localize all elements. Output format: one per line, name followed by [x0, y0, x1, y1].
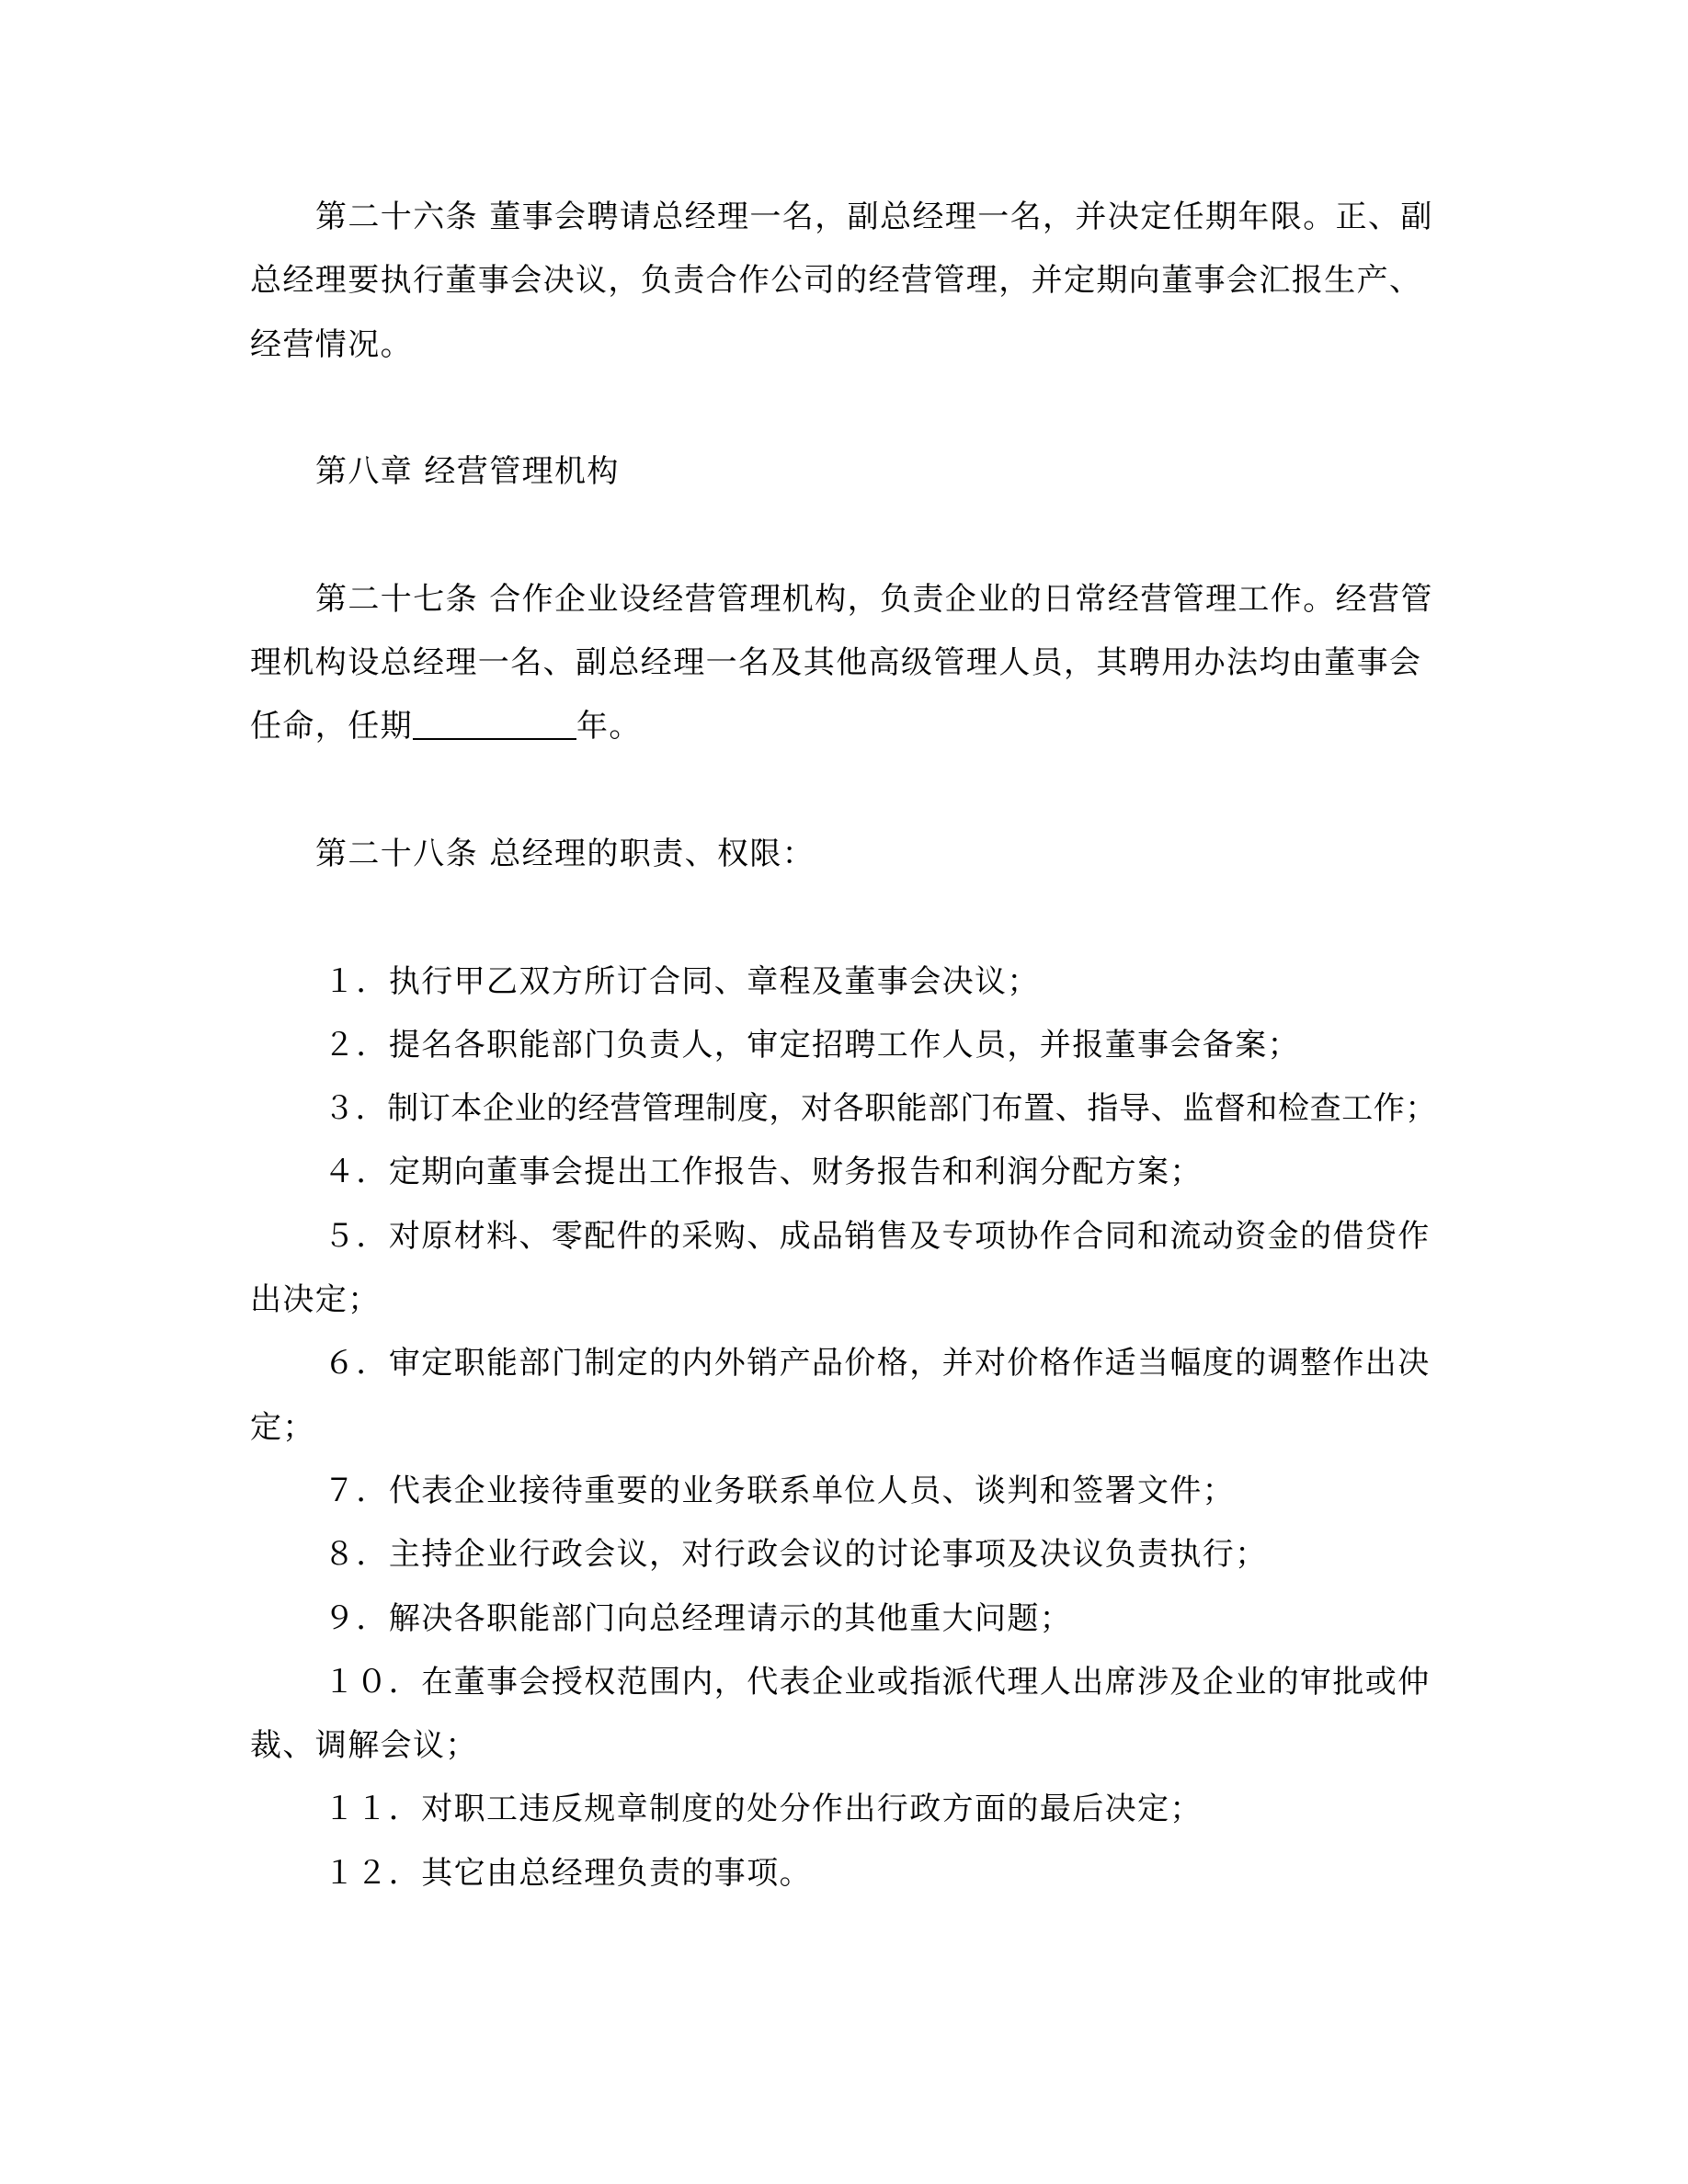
item-text: 代表企业接待重要的业务联系单位人员、谈判和签署文件；: [389, 1473, 1235, 1509]
term-years-blank[interactable]: [413, 711, 576, 740]
spacer: [250, 377, 1441, 440]
article-26-line-3: 经营情况。: [250, 313, 1441, 377]
article-26-line-2: 总经理要执行董事会决议，负责合作公司的经营管理，并定期向董事会汇报生产、: [250, 249, 1441, 313]
item-text: 在董事会授权范围内，代表企业或指派代理人出席涉及企业的审批或仲: [421, 1664, 1430, 1701]
item-text: 制订本企业的经营管理制度，对各职能部门布置、指导、监督和检查工作；: [387, 1090, 1437, 1127]
item-number: ９．: [324, 1600, 389, 1637]
chapter-8-heading: 第八章 经营管理机构: [250, 440, 1441, 504]
item-number: ４．: [324, 1154, 389, 1190]
item-text: 对原材料、零配件的采购、成品销售及专项协作合同和流动资金的借贷作: [389, 1218, 1431, 1255]
article-27-line-1: 第二十七条 合作企业设经营管理机构，负责企业的日常经营管理工作。经营管: [250, 568, 1441, 631]
list-item: １．执行甲乙双方所订合同、章程及董事会决议；: [250, 950, 1441, 1014]
article-27: 第二十七条 合作企业设经营管理机构，负责企业的日常经营管理工作。经营管 理机构设…: [250, 568, 1441, 759]
item-number: ２．: [324, 1027, 389, 1064]
item-text: 执行甲乙双方所订合同、章程及董事会决议；: [389, 963, 1040, 1000]
spacer: [250, 504, 1441, 567]
item-text: 审定职能部门制定的内外销产品价格，并对价格作适当幅度的调整作出决: [389, 1345, 1431, 1382]
list-item-continuation: 裁、调解会议；: [250, 1714, 1441, 1778]
article-26-line-1: 第二十六条 董事会聘请总经理一名，副总经理一名，并决定任期年限。正、副: [250, 186, 1441, 249]
item-text: 定期向董事会提出工作报告、财务报告和利润分配方案；: [389, 1154, 1203, 1190]
article-26: 第二十六条 董事会聘请总经理一名，副总经理一名，并决定任期年限。正、副 总经理要…: [250, 186, 1441, 377]
spacer: [250, 886, 1441, 950]
list-item: ６．审定职能部门制定的内外销产品价格，并对价格作适当幅度的调整作出决: [250, 1332, 1441, 1395]
term-suffix: 年。: [576, 708, 642, 745]
item-text: 解决各职能部门向总经理请示的其他重大问题；: [389, 1600, 1072, 1637]
spacer: [250, 759, 1441, 823]
item-number: １２．: [324, 1855, 421, 1892]
list-item: ８．主持企业行政会议，对行政会议的讨论事项及决议负责执行；: [250, 1523, 1441, 1587]
term-prefix: 任命，任期: [250, 708, 413, 745]
item-number: ６．: [324, 1345, 389, 1382]
item-number: ７．: [324, 1473, 389, 1509]
list-item: １１．对职工违反规章制度的处分作出行政方面的最后决定；: [250, 1778, 1441, 1841]
list-item: １２．其它由总经理负责的事项。: [250, 1842, 1441, 1905]
list-item: ７．代表企业接待重要的业务联系单位人员、谈判和签署文件；: [250, 1460, 1441, 1523]
item-number: ８．: [324, 1536, 389, 1573]
list-item-continuation: 出决定；: [250, 1268, 1441, 1332]
item-number: １０．: [324, 1664, 421, 1701]
list-item: １０．在董事会授权范围内，代表企业或指派代理人出席涉及企业的审批或仲: [250, 1651, 1441, 1714]
article-27-line-2: 理机构设总经理一名、副总经理一名及其他高级管理人员，其聘用办法均由董事会: [250, 631, 1441, 695]
duties-list: １．执行甲乙双方所订合同、章程及董事会决议； ２．提名各职能部门负责人，审定招聘…: [250, 950, 1441, 1905]
list-item: ２．提名各职能部门负责人，审定招聘工作人员，并报董事会备案；: [250, 1014, 1441, 1077]
item-number: １．: [324, 963, 389, 1000]
document-page: 第二十六条 董事会聘请总经理一名，副总经理一名，并决定任期年限。正、副 总经理要…: [250, 186, 1441, 1905]
list-item-continuation: 定；: [250, 1396, 1441, 1460]
article-28-heading: 第二十八条 总经理的职责、权限：: [250, 823, 1441, 886]
list-item: ５．对原材料、零配件的采购、成品销售及专项协作合同和流动资金的借贷作: [250, 1205, 1441, 1268]
item-text: 提名各职能部门负责人，审定招聘工作人员，并报董事会备案；: [389, 1027, 1300, 1064]
article-27-line-3: 任命，任期年。: [250, 695, 1441, 758]
item-text: 对职工违反规章制度的处分作出行政方面的最后决定；: [421, 1791, 1203, 1827]
item-number: ５．: [324, 1218, 389, 1255]
item-text: 主持企业行政会议，对行政会议的讨论事项及决议负责执行；: [389, 1536, 1268, 1573]
item-text: 其它由总经理负责的事项。: [421, 1855, 812, 1892]
list-item: ９．解决各职能部门向总经理请示的其他重大问题；: [250, 1587, 1441, 1651]
item-number: ３．: [324, 1090, 387, 1127]
list-item: ３．制订本企业的经营管理制度，对各职能部门布置、指导、监督和检查工作；: [250, 1077, 1441, 1141]
list-item: ４．定期向董事会提出工作报告、财务报告和利润分配方案；: [250, 1141, 1441, 1204]
item-number: １１．: [324, 1791, 421, 1827]
